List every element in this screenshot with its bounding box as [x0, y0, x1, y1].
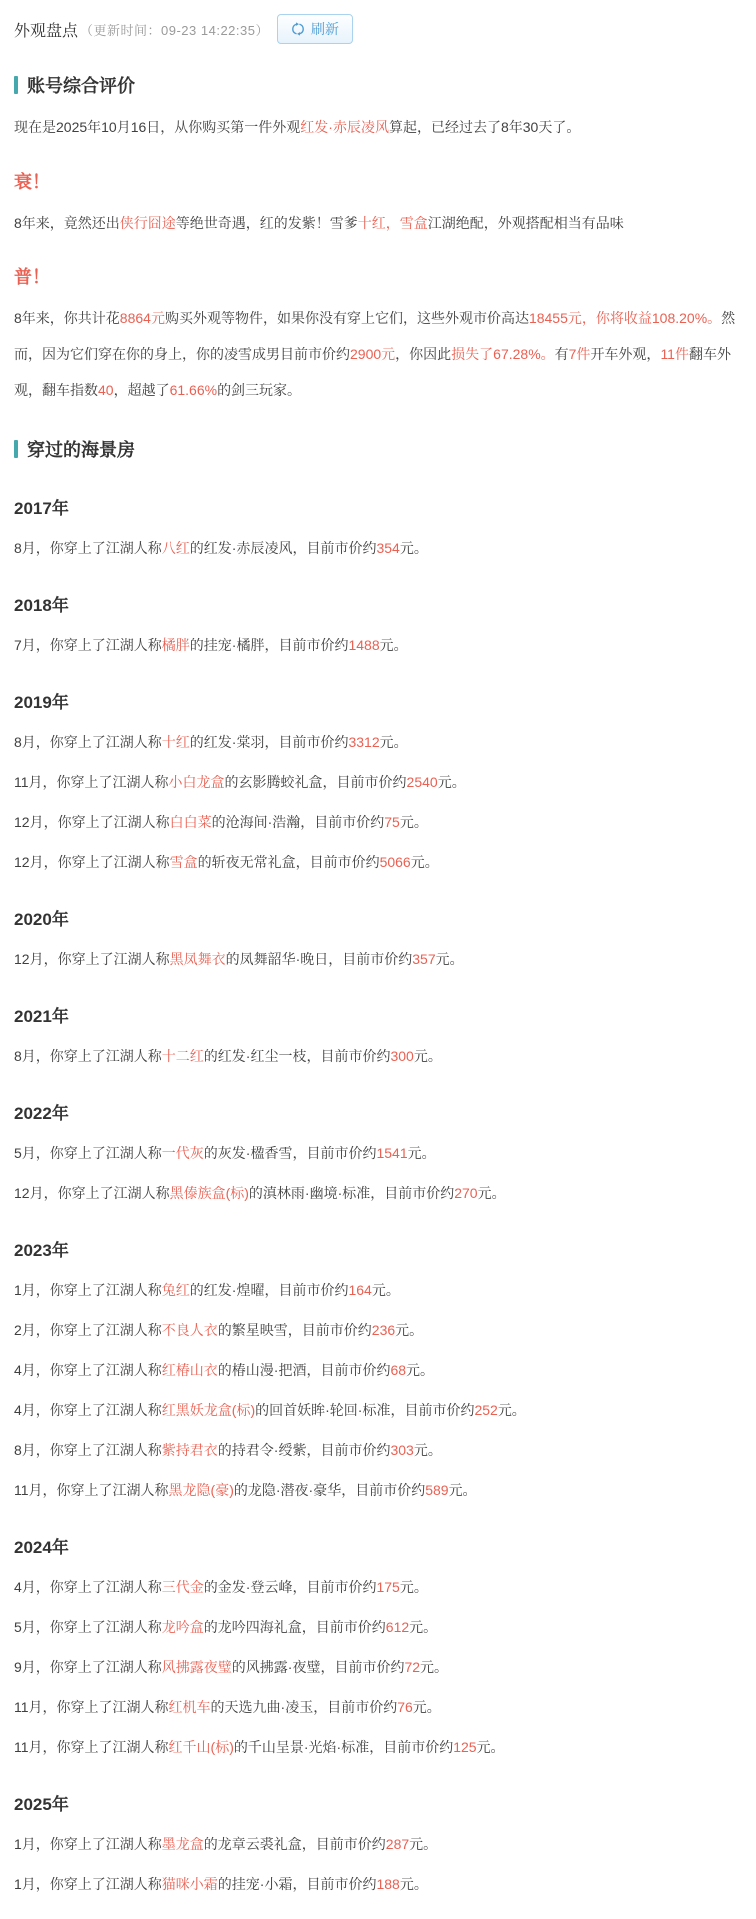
year-title-2018: 2018年: [14, 591, 742, 616]
red-highlight: 十红，雪盒: [358, 215, 428, 231]
timeline-entry: 1月，你穿上了江湖人称墨龙盒的龙章云裘礼盒，目前市价约287元。: [14, 1834, 742, 1855]
text-segment: 5月，你穿上了江湖人称: [14, 1619, 162, 1635]
intro-paragraph: 现在是2025年10月16日，从你购买第一件外观红发·赤辰凌风算起，已经过去了8…: [14, 110, 742, 146]
red-highlight: 300: [390, 1048, 413, 1064]
timeline-entry: 12月，你穿上了江湖人称黑傣族盒(标)的滇林雨·幽境·标准，目前市价约270元。: [14, 1183, 742, 1204]
timeline-entry: 4月，你穿上了江湖人称红黑妖龙盒(标)的回首妖眸·轮回·标准，目前市价约252元…: [14, 1400, 742, 1421]
text-segment: 的金发·登云峰，目前市价约: [204, 1579, 377, 1595]
year-title-2021: 2021年: [14, 1002, 742, 1027]
red-highlight: 61.66%: [170, 382, 217, 398]
text-segment: 的红发·棠羽，目前市价约: [190, 734, 349, 750]
text-segment: 的繁星映雪，目前市价约: [218, 1322, 372, 1338]
red-highlight: 不良人衣: [162, 1322, 218, 1338]
text-segment: 5月，你穿上了江湖人称: [14, 1145, 162, 1161]
section-title-timeline: 穿过的海景房: [14, 436, 742, 462]
text-segment: 的红发·赤辰凌风，目前市价约: [190, 540, 377, 556]
text-segment: 11月，你穿上了江湖人称: [14, 1699, 169, 1715]
text-segment: 元。: [400, 1579, 428, 1595]
timeline-entry: 12月，你穿上了江湖人称雪盒的斩夜无常礼盒，目前市价约5066元。: [14, 852, 742, 873]
text-segment: 12月，你穿上了江湖人称: [14, 1185, 170, 1201]
timeline-entry: 7月，你穿上了江湖人称橘胖的挂宠·橘胖，目前市价约1488元。: [14, 635, 742, 656]
timeline-entry: 1月，你穿上了江湖人称兔红的红发·煌曜，目前市价约164元。: [14, 1280, 742, 1301]
text-segment: 元。: [406, 1362, 434, 1378]
red-highlight: 兔红: [162, 1282, 190, 1298]
text-segment: 的千山呈景·光焰·标准，目前市价约: [234, 1739, 453, 1755]
red-highlight: 紫持君衣: [162, 1442, 218, 1458]
text-segment: 元。: [478, 1185, 506, 1201]
text-segment: 元。: [414, 1442, 442, 1458]
text-segment: 元。: [420, 1659, 448, 1675]
refresh-icon: [291, 22, 305, 36]
text-segment: 的椿山漫·把酒，目前市价约: [218, 1362, 391, 1378]
red-highlight: 8864元: [120, 310, 165, 326]
timeline-entry: 1月，你穿上了江湖人称猫咪小霜的挂宠·小霜，目前市价约188元。: [14, 1874, 742, 1895]
text-segment: 元。: [411, 854, 439, 870]
red-highlight: 354: [376, 540, 399, 556]
text-segment: 8年来，你共计花: [14, 310, 120, 326]
timeline-entry: 4月，你穿上了江湖人称红椿山衣的椿山漫·把酒，目前市价约68元。: [14, 1360, 742, 1381]
text-segment: 元。: [400, 540, 428, 556]
text-segment: 9月，你穿上了江湖人称: [14, 1659, 162, 1675]
red-highlight: 3312: [348, 734, 379, 750]
red-highlight: 橘胖: [162, 637, 190, 653]
text-segment: 1月，你穿上了江湖人称: [14, 1836, 162, 1852]
appearance-report-page: 外观盘点 （更新时间：09-23 14:22:35） 刷新 账号综合评价 现在是…: [0, 0, 756, 1919]
text-segment: 8月，你穿上了江湖人称: [14, 734, 162, 750]
text-segment: 元。: [400, 814, 428, 830]
text-segment: 算起，已经过去了8年30天了。: [389, 119, 580, 135]
timeline-entry: 5月，你穿上了江湖人称龙吟盒的龙吟四海礼盒，目前市价约612元。: [14, 1617, 742, 1638]
year-title-2019: 2019年: [14, 688, 742, 713]
refresh-label: 刷新: [311, 19, 339, 39]
page-header: 外观盘点 （更新时间：09-23 14:22:35） 刷新: [14, 14, 742, 44]
text-segment: 的风拂露·夜璧，目前市价约: [232, 1659, 405, 1675]
red-highlight: 一代灰: [162, 1145, 204, 1161]
update-time: （更新时间：09-23 14:22:35）: [80, 20, 269, 39]
text-segment: 2月，你穿上了江湖人称: [14, 1322, 162, 1338]
red-highlight: 175: [376, 1579, 399, 1595]
text-segment: 的凤舞韶华·晚日，目前市价约: [226, 951, 413, 967]
text-segment: 的剑三玩家。: [217, 382, 301, 398]
text-segment: 元。: [409, 1619, 437, 1635]
text-segment: 的玄影腾蛟礼盒，目前市价约: [225, 774, 407, 790]
year-title-2022: 2022年: [14, 1099, 742, 1124]
red-highlight: 八红: [162, 540, 190, 556]
text-segment: 有: [555, 346, 569, 362]
text-segment: 元。: [449, 1482, 477, 1498]
text-segment: 元。: [408, 1145, 436, 1161]
red-highlight: 5066: [380, 854, 411, 870]
text-segment: 购买外观等物件，如果你没有穿上它们，这些外观市价高达: [165, 310, 529, 326]
red-highlight: 三代金: [162, 1579, 204, 1595]
red-highlight: 黑傣族盒(标): [170, 1185, 249, 1201]
section-title-evaluation: 账号综合评价: [14, 72, 742, 98]
red-highlight: 2900元: [350, 346, 395, 362]
text-segment: 的持君令·绶紫，目前市价约: [218, 1442, 391, 1458]
timeline-entry: 8月，你穿上了江湖人称紫持君衣的持君令·绶紫，目前市价约303元。: [14, 1440, 742, 1461]
red-highlight: 11件: [660, 346, 689, 362]
text-segment: 12月，你穿上了江湖人称: [14, 854, 170, 870]
text-segment: 8月，你穿上了江湖人称: [14, 1048, 162, 1064]
text-segment: 11月，你穿上了江湖人称: [14, 1739, 169, 1755]
red-highlight: 72: [404, 1659, 420, 1675]
red-highlight: 270: [454, 1185, 477, 1201]
text-segment: 的挂宠·橘胖，目前市价约: [190, 637, 349, 653]
text-segment: ，超越了: [114, 382, 170, 398]
red-highlight: 40: [98, 382, 114, 398]
text-segment: 元。: [436, 951, 464, 967]
timeline-entry: 11月，你穿上了江湖人称红千山(标)的千山呈景·光焰·标准，目前市价约125元。: [14, 1737, 742, 1758]
timeline-entry: 8月，你穿上了江湖人称十红的红发·棠羽，目前市价约3312元。: [14, 732, 742, 753]
section-heading-text: 穿过的海景房: [27, 436, 135, 462]
red-highlight: 18455元，你将收益108.20%。: [529, 310, 721, 326]
red-highlight: 75: [384, 814, 400, 830]
text-segment: 的斩夜无常礼盒，目前市价约: [198, 854, 380, 870]
section-accent-bar: [14, 76, 18, 94]
red-highlight: 236: [372, 1322, 395, 1338]
text-segment: 的滇林雨·幽境·标准，目前市价约: [249, 1185, 454, 1201]
text-segment: 的挂宠·小霜，目前市价约: [218, 1876, 377, 1892]
red-highlight: 76: [397, 1699, 413, 1715]
text-segment: 的龙隐·潜夜·豪华，目前市价约: [234, 1482, 425, 1498]
text-segment: 元。: [395, 1322, 423, 1338]
red-highlight: 风拂露夜璧: [162, 1659, 232, 1675]
red-highlight: 1488: [348, 637, 379, 653]
red-highlight: 红机车: [169, 1699, 211, 1715]
red-highlight: 红椿山衣: [162, 1362, 218, 1378]
text-segment: 4月，你穿上了江湖人称: [14, 1402, 162, 1418]
red-highlight: 1541: [376, 1145, 407, 1161]
timeline-entry: 11月，你穿上了江湖人称黑龙隐(豪)的龙隐·潜夜·豪华，目前市价约589元。: [14, 1480, 742, 1501]
red-highlight: 黑龙隐(豪): [169, 1482, 234, 1498]
red-highlight: 68: [390, 1362, 406, 1378]
red-highlight: 252: [474, 1402, 497, 1418]
timeline-entry: 2月，你穿上了江湖人称不良人衣的繁星映雪，目前市价约236元。: [14, 1320, 742, 1341]
text-segment: 江湖绝配，外观搭配相当有品味: [428, 215, 624, 231]
text-segment: 8月，你穿上了江湖人称: [14, 540, 162, 556]
text-segment: 8年来，竟然还出: [14, 215, 120, 231]
timeline-entry: 8月，你穿上了江湖人称八红的红发·赤辰凌风，目前市价约354元。: [14, 538, 742, 559]
timeline-entry: 5月，你穿上了江湖人称一代灰的灰发·楹香雪，目前市价约1541元。: [14, 1143, 742, 1164]
text-segment: 元。: [409, 1836, 437, 1852]
text-segment: 8月，你穿上了江湖人称: [14, 1442, 162, 1458]
text-segment: 元。: [477, 1739, 505, 1755]
text-segment: 4月，你穿上了江湖人称: [14, 1579, 162, 1595]
text-segment: 7月，你穿上了江湖人称: [14, 637, 162, 653]
text-segment: 的龙吟四海礼盒，目前市价约: [204, 1619, 386, 1635]
red-highlight: 589: [425, 1482, 448, 1498]
text-segment: 现在是2025年10月16日，从你购买第一件外观: [14, 119, 300, 135]
timeline-entry: 11月，你穿上了江湖人称小白龙盒的玄影腾蛟礼盒，目前市价约2540元。: [14, 772, 742, 793]
text-segment: 的红发·煌曜，目前市价约: [190, 1282, 349, 1298]
red-highlight: 612: [386, 1619, 409, 1635]
red-highlight: 红千山(标): [169, 1739, 234, 1755]
timeline-entry: 8月，你穿上了江湖人称十二红的红发·红尘一枝，目前市价约300元。: [14, 1046, 742, 1067]
red-highlight: 125: [453, 1739, 476, 1755]
red-highlight: 猫咪小霜: [162, 1876, 218, 1892]
timeline-entry: 4月，你穿上了江湖人称三代金的金发·登云峰，目前市价约175元。: [14, 1577, 742, 1598]
text-segment: 1月，你穿上了江湖人称: [14, 1876, 162, 1892]
text-segment: 12月，你穿上了江湖人称: [14, 951, 170, 967]
text-segment: ，你因此: [395, 346, 451, 362]
red-highlight: 十二红: [162, 1048, 204, 1064]
text-segment: 4月，你穿上了江湖人称: [14, 1362, 162, 1378]
red-highlight: 357: [412, 951, 435, 967]
text-segment: 等绝世奇遇，红的发紫！雪爹: [176, 215, 358, 231]
text-segment: 11月，你穿上了江湖人称: [14, 774, 169, 790]
text-segment: 11月，你穿上了江湖人称: [14, 1482, 169, 1498]
red-highlight: 损失了67.28%。: [451, 346, 554, 362]
red-highlight: 白白菜: [170, 814, 212, 830]
red-highlight: 龙吟盒: [162, 1619, 204, 1635]
verdict-title-decline: 衰！: [14, 168, 742, 194]
year-title-2017: 2017年: [14, 494, 742, 519]
year-title-2025: 2025年: [14, 1790, 742, 1815]
text-segment: 元。: [498, 1402, 526, 1418]
red-highlight: 雪盒: [170, 854, 198, 870]
text-segment: 元。: [438, 774, 466, 790]
timeline-entry: 9月，你穿上了江湖人称风拂露夜璧的风拂露·夜璧，目前市价约72元。: [14, 1657, 742, 1678]
timeline-entry: 12月，你穿上了江湖人称黑凤舞衣的凤舞韶华·晚日，目前市价约357元。: [14, 949, 742, 970]
red-highlight: 黑凤舞衣: [170, 951, 226, 967]
year-title-2023: 2023年: [14, 1236, 742, 1261]
year-title-2024: 2024年: [14, 1533, 742, 1558]
text-segment: 开车外观，: [590, 346, 660, 362]
text-segment: 元。: [380, 637, 408, 653]
text-segment: 12月，你穿上了江湖人称: [14, 814, 170, 830]
red-highlight: 十红: [162, 734, 190, 750]
text-segment: 元。: [372, 1282, 400, 1298]
red-highlight: 墨龙盒: [162, 1836, 204, 1852]
text-segment: 的天选九曲·凌玉，目前市价约: [211, 1699, 398, 1715]
text-segment: 元。: [380, 734, 408, 750]
text-segment: 1月，你穿上了江湖人称: [14, 1282, 162, 1298]
section-heading-text: 账号综合评价: [27, 72, 135, 98]
text-segment: 的沧海间·浩瀚，目前市价约: [212, 814, 385, 830]
year-title-2020: 2020年: [14, 905, 742, 930]
red-highlight: 红发·赤辰凌风: [300, 119, 389, 135]
red-highlight: 188: [376, 1876, 399, 1892]
text-segment: 的灰发·楹香雪，目前市价约: [204, 1145, 377, 1161]
text-segment: 的回首妖眸·轮回·标准，目前市价约: [255, 1402, 474, 1418]
timeline-entry: 12月，你穿上了江湖人称白白菜的沧海间·浩瀚，目前市价约75元。: [14, 812, 742, 833]
red-highlight: 7件: [569, 346, 591, 362]
text-segment: 元。: [400, 1876, 428, 1892]
text-segment: 的红发·红尘一枝，目前市价约: [204, 1048, 391, 1064]
verdict-body-decline: 8年来，竟然还出侠行囧途等绝世奇遇，红的发紫！雪爹十红，雪盒江湖绝配，外观搭配相…: [14, 206, 742, 242]
section-accent-bar: [14, 440, 18, 458]
red-highlight: 287: [386, 1836, 409, 1852]
red-highlight: 侠行囧途: [120, 215, 176, 231]
red-highlight: 小白龙盒: [169, 774, 225, 790]
text-segment: 元。: [414, 1048, 442, 1064]
text-segment: 元。: [413, 1699, 441, 1715]
red-highlight: 164: [348, 1282, 371, 1298]
verdict-title-ordinary: 普！: [14, 263, 742, 289]
red-highlight: 303: [390, 1442, 413, 1458]
verdict-body-ordinary: 8年来，你共计花8864元购买外观等物件，如果你没有穿上它们，这些外观市价高达1…: [14, 301, 742, 408]
timeline-entry: 11月，你穿上了江湖人称红机车的天选九曲·凌玉，目前市价约76元。: [14, 1697, 742, 1718]
text-segment: 的龙章云裘礼盒，目前市价约: [204, 1836, 386, 1852]
refresh-button[interactable]: 刷新: [277, 14, 353, 44]
red-highlight: 红黑妖龙盒(标): [162, 1402, 255, 1418]
red-highlight: 2540: [407, 774, 438, 790]
page-title: 外观盘点: [14, 18, 78, 41]
